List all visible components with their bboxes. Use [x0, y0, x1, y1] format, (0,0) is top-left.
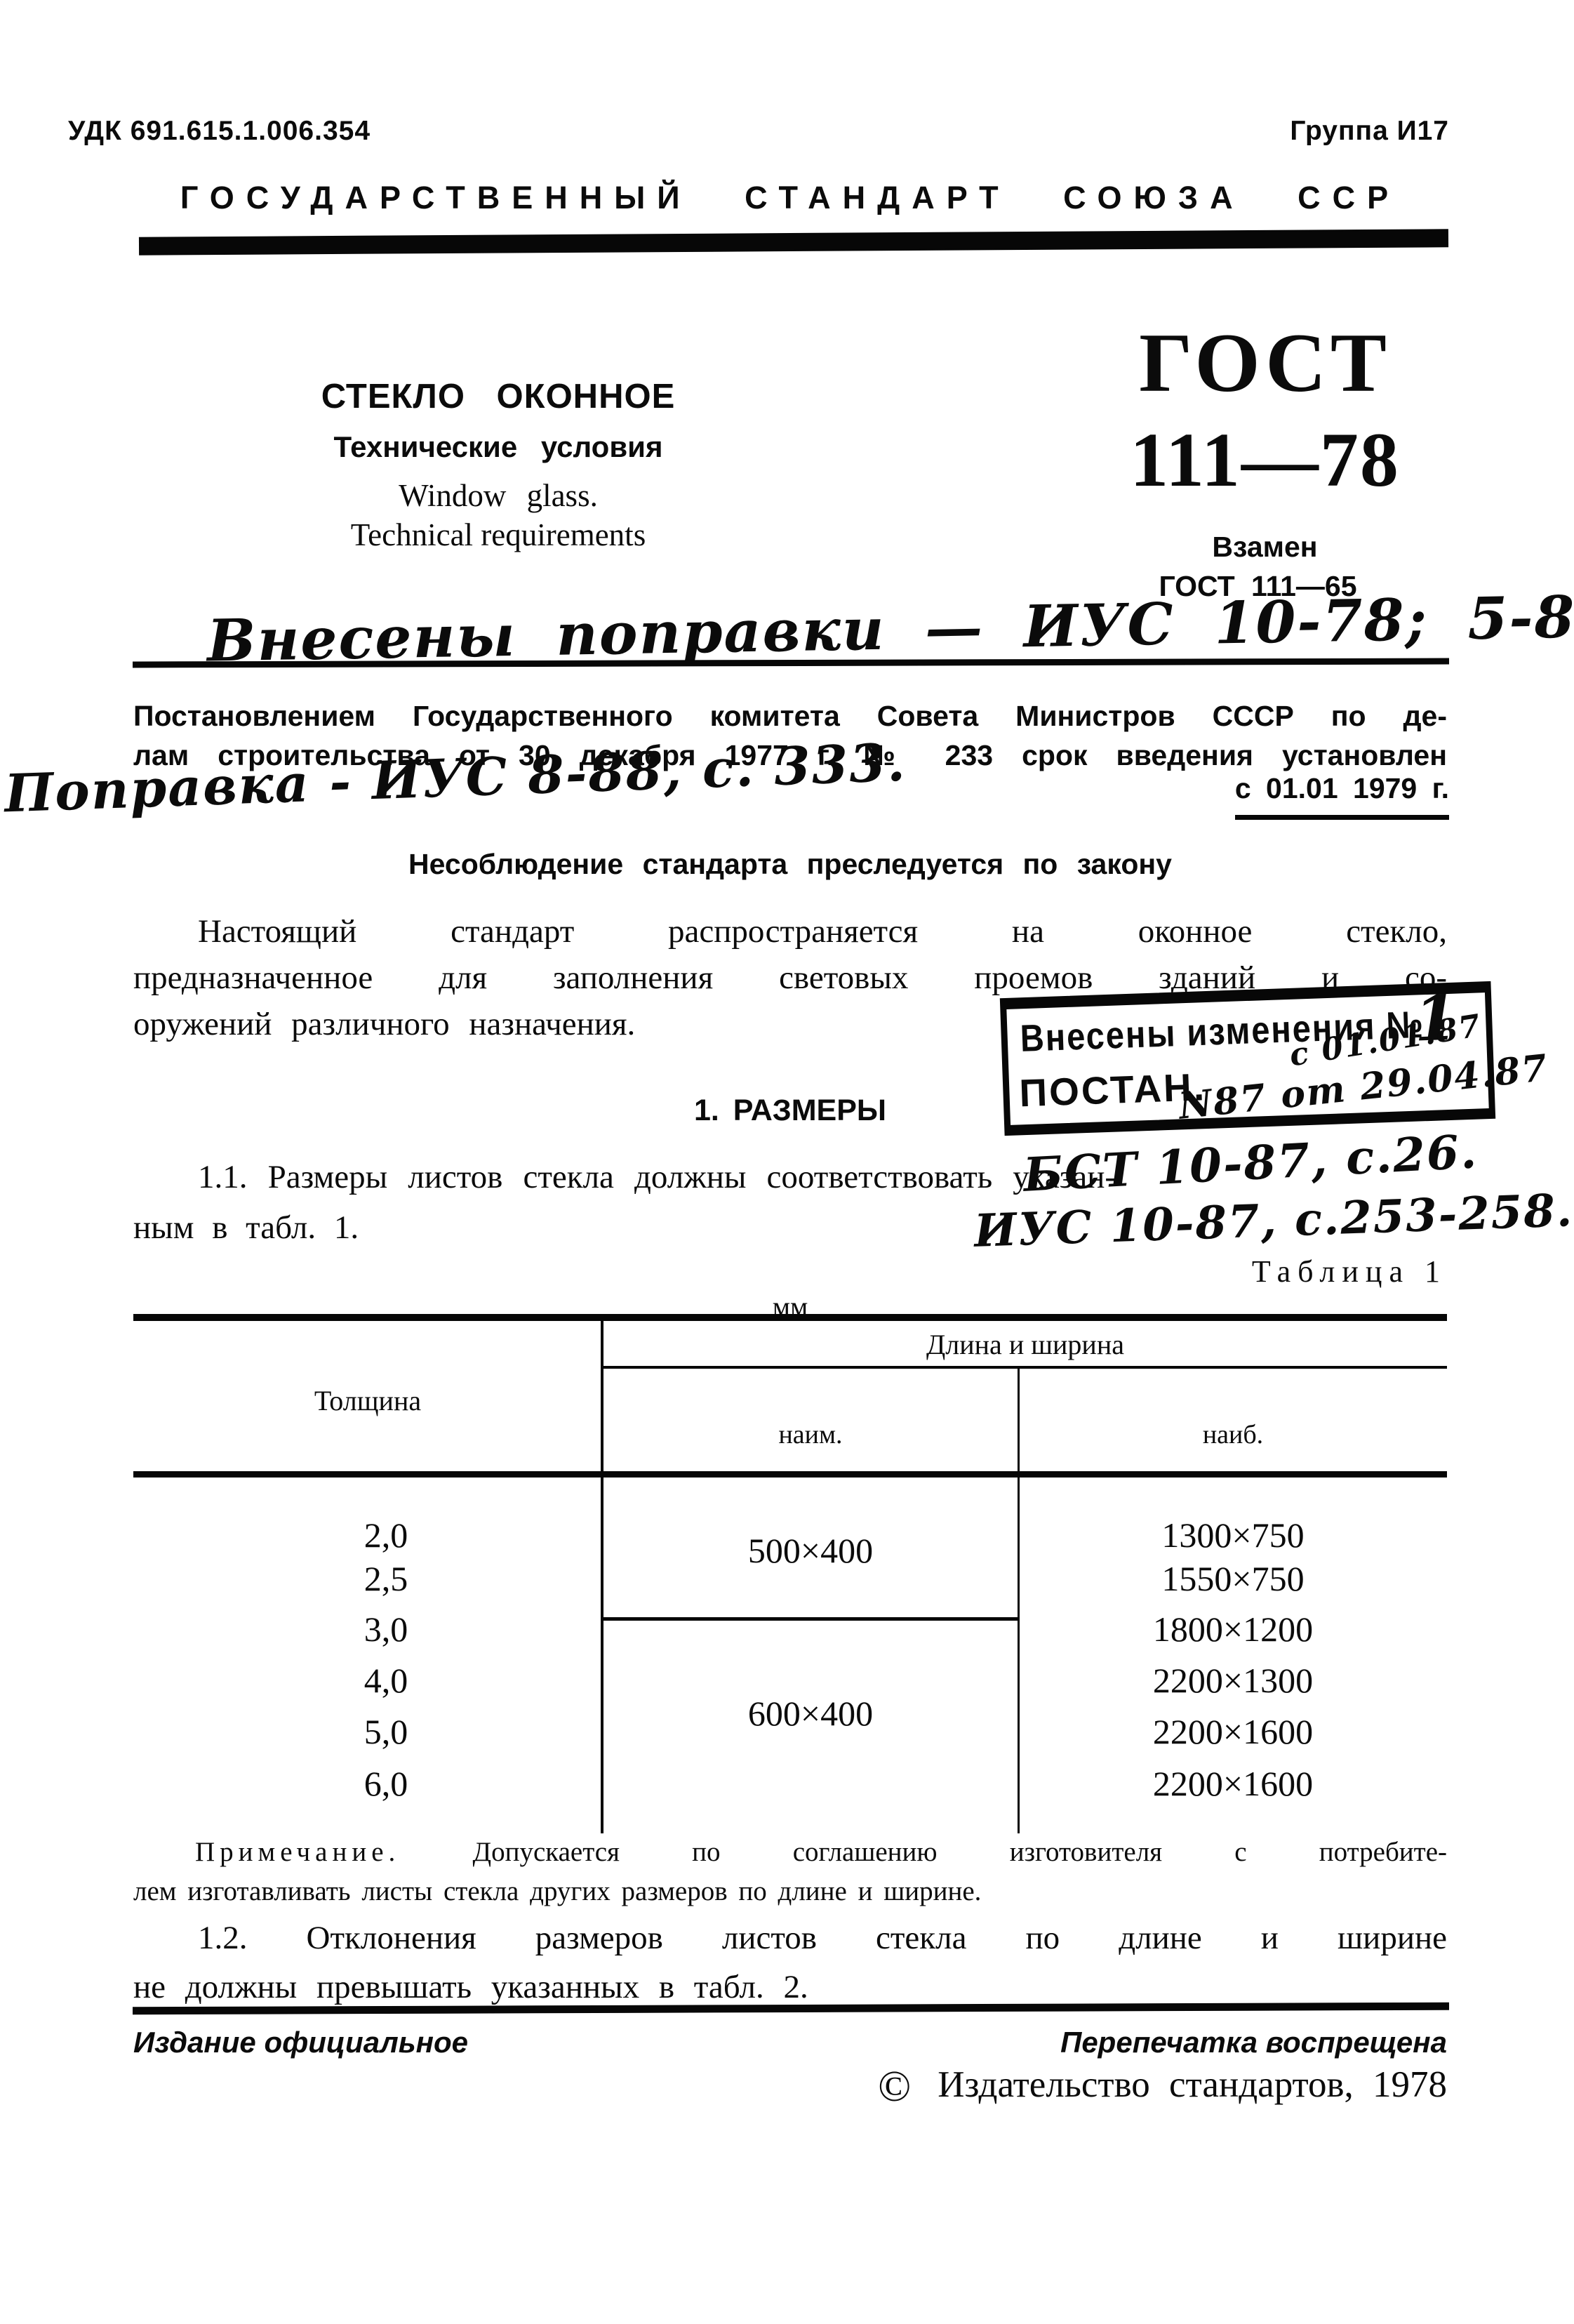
thickness-value: 2,5	[189, 1558, 582, 1599]
decree-line-1: Постановлением Государственного комитета…	[133, 700, 1447, 733]
header-divider-bar	[139, 229, 1448, 255]
law-notice: Несоблюдение стандарта преследуется по з…	[133, 848, 1447, 881]
note-line-2: лем изготавливать листы стекла других ра…	[133, 1875, 1447, 1907]
note-line-1: Примечание. Допускается по соглашению из…	[133, 1836, 1447, 1868]
min-size-group-2: 600×400	[603, 1693, 1018, 1734]
max-size-value: 2200×1600	[1019, 1763, 1447, 1804]
thickness-value: 6,0	[189, 1763, 582, 1804]
replaces-label: Взамен	[1074, 531, 1456, 564]
table-min-group-divider	[603, 1617, 1018, 1621]
note-text: Допускается по соглашению изготовителя с…	[472, 1837, 1447, 1867]
group-code: Группа И17	[1290, 116, 1449, 147]
thickness-value: 2,0	[189, 1515, 582, 1555]
max-size-value: 2200×1600	[1019, 1711, 1447, 1752]
min-size-group-1: 500×400	[603, 1530, 1018, 1571]
clause-1-1-line-2: ным в табл. 1.	[133, 1209, 1116, 1247]
table-subheader-divider	[603, 1366, 1447, 1369]
copyright-icon: ©	[878, 2063, 911, 2111]
official-edition-label: Издание официальное	[133, 2026, 468, 2059]
title-ru: СТЕКЛО ОКОННОЕ	[165, 377, 832, 416]
clause-1-2-line-1: 1.2. Отклонения размеров листов стекла п…	[133, 1919, 1447, 1957]
clause-1-1-line-1: 1.1. Размеры листов стекла должны соотве…	[133, 1158, 1116, 1196]
copyright-line: ©Издательство стандартов, 1978	[133, 2062, 1447, 2112]
title-subtitle-ru: Технические условия	[165, 430, 832, 464]
max-size-value: 1300×750	[1019, 1515, 1447, 1555]
max-size-value: 2200×1300	[1019, 1660, 1447, 1701]
standard-type-header: ГОСУДАРСТВЕННЫЙ СТАНДАРТ СОЮЗА ССР	[133, 180, 1447, 216]
max-size-value: 1800×1200	[1019, 1609, 1447, 1649]
scanned-standard-page: УДК 691.615.1.006.354 Группа И17 ГОСУДАР…	[0, 0, 1574, 2324]
thickness-value: 5,0	[189, 1711, 582, 1752]
gost-number: 111—78	[1074, 416, 1456, 505]
column-header-length-width: Длина и ширина	[603, 1328, 1447, 1361]
column-header-thickness: Толщина	[133, 1384, 602, 1417]
table-header-border	[133, 1471, 1447, 1478]
thickness-value: 3,0	[189, 1609, 582, 1649]
gost-label: ГОСТ	[1074, 314, 1456, 411]
note-label: Примечание.	[195, 1837, 400, 1867]
table-1: Длина и ширина Толщина наим. наиб. 2,0 2…	[133, 1314, 1447, 1833]
title-en: Window glass.	[165, 477, 832, 514]
footer-row: Издание официальное Перепечатка воспреще…	[133, 2026, 1447, 2059]
intro-line-1: Настоящий стандарт распространяется на о…	[133, 912, 1447, 950]
subcolumn-header-min: наим.	[603, 1419, 1018, 1450]
reprint-prohibited-label: Перепечатка воспрещена	[1060, 2026, 1447, 2059]
effective-date: с 01.01 1979 г.	[1046, 772, 1449, 820]
table-1-label: Таблица 1	[133, 1254, 1447, 1289]
max-size-value: 1550×750	[1019, 1558, 1447, 1599]
subcolumn-header-max: наиб.	[1019, 1419, 1447, 1450]
title-subtitle-en: Technical requirements	[165, 517, 832, 553]
clause-1-2-line-2: не должны превышать указанных в табл. 2.	[133, 1968, 1447, 2006]
header-row: УДК 691.615.1.006.354 Группа И17	[68, 116, 1449, 147]
udk-number: УДК 691.615.1.006.354	[68, 116, 371, 147]
thickness-value: 4,0	[189, 1660, 582, 1701]
publisher-text: Издательство стандартов, 1978	[938, 2064, 1447, 2105]
section-1-heading: 1. РАЗМЕРЫ	[133, 1094, 1447, 1128]
table-top-border	[133, 1314, 1447, 1321]
